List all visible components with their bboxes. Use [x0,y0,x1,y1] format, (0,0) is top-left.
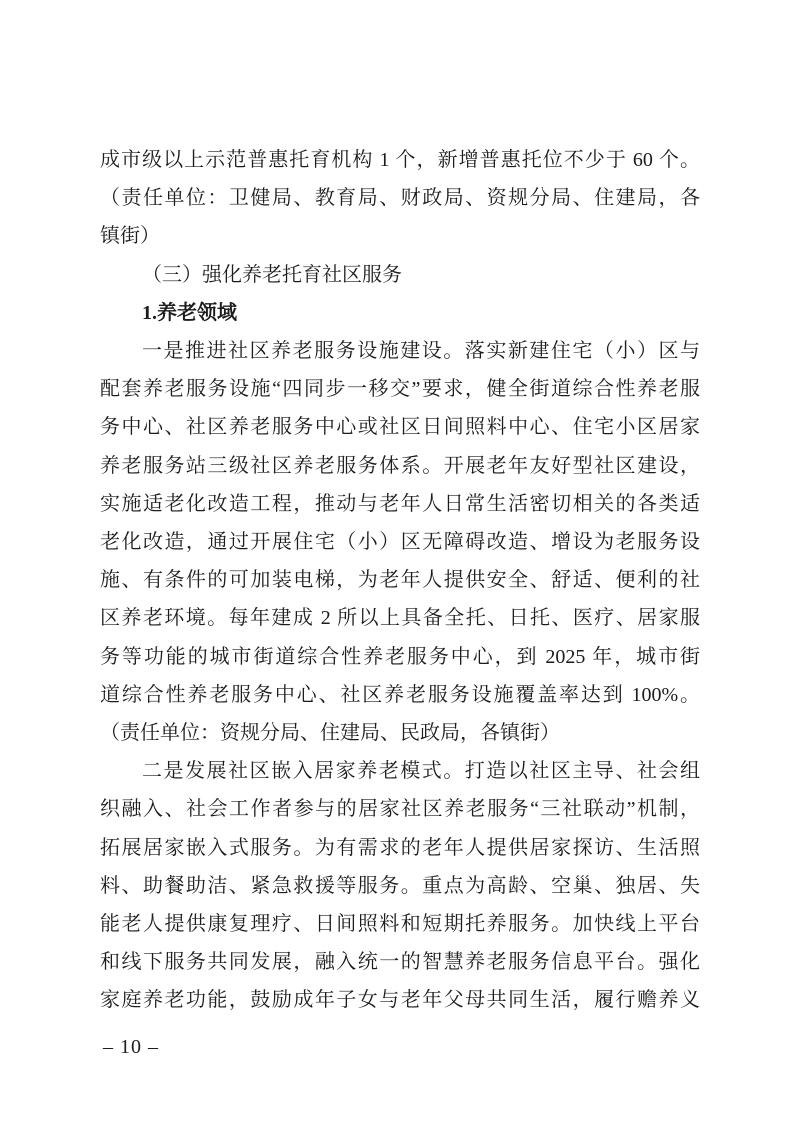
subsection-heading: 1.养老领域 [100,294,700,332]
document-page: 成市级以上示范普惠托育机构 1 个，新增普惠托位不少于 60 个。 （责任单位：… [0,0,793,1122]
text-line: 务中心、社区养老服务中心或社区日间照料中心、住宅小区居家 [100,408,700,446]
text-line: 和线下服务共同发展，融入统一的智慧养老服务信息平台。强化 [100,943,700,981]
section-heading: （三）强化养老托育社区服务 [100,256,700,294]
text-line: 拓展居家嵌入式服务。为有需求的老年人提供居家探访、生活照 [100,829,700,867]
text-line: 老化改造，通过开展住宅（小）区无障碍改造、增设为老服务设 [100,523,700,561]
text-line: 成市级以上示范普惠托育机构 1 个，新增普惠托位不少于 60 个。 [100,141,700,179]
text-line: 二是发展社区嵌入居家养老模式。打造以社区主导、社会组 [100,752,700,790]
text-line: 道综合性养老服务中心、社区养老服务设施覆盖率达到 100%。 [100,676,700,714]
text-line: 务等功能的城市街道综合性养老服务中心，到 2025 年，城市街 [100,638,700,676]
text-line: 实施适老化改造工程，推动与老年人日常生活密切相关的各类适 [100,485,700,523]
text-line: 料、助餐助洁、紧急救援等服务。重点为高龄、空巢、独居、失 [100,867,700,905]
text-line: （责任单位：资规分局、住建局、民政局，各镇街） [100,714,700,752]
text-line: 一是推进社区养老服务设施建设。落实新建住宅（小）区与 [100,332,700,370]
text-line: 家庭养老功能，鼓励成年子女与老年父母共同生活，履行赡养义 [100,981,700,1019]
body-text: 成市级以上示范普惠托育机构 1 个，新增普惠托位不少于 60 个。 （责任单位：… [100,141,700,1020]
text-line: 配套养老服务设施“四同步一移交”要求，健全街道综合性养老服 [100,370,700,408]
text-line: （责任单位：卫健局、教育局、财政局、资规分局、住建局，各 [100,179,700,217]
page-number: – 10 – [103,1036,159,1059]
text-line: 施、有条件的可加装电梯，为老年人提供安全、舒适、便利的社 [100,561,700,599]
text-line: 织融入、社会工作者参与的居家社区养老服务“三社联动”机制， [100,790,700,828]
text-line: 养老服务站三级社区养老服务体系。开展老年友好型社区建设， [100,447,700,485]
text-line: 区养老环境。每年建成 2 所以上具备全托、日托、医疗、居家服 [100,599,700,637]
text-line: 镇街） [100,217,700,255]
text-line: 能老人提供康复理疗、日间照料和短期托养服务。加快线上平台 [100,905,700,943]
